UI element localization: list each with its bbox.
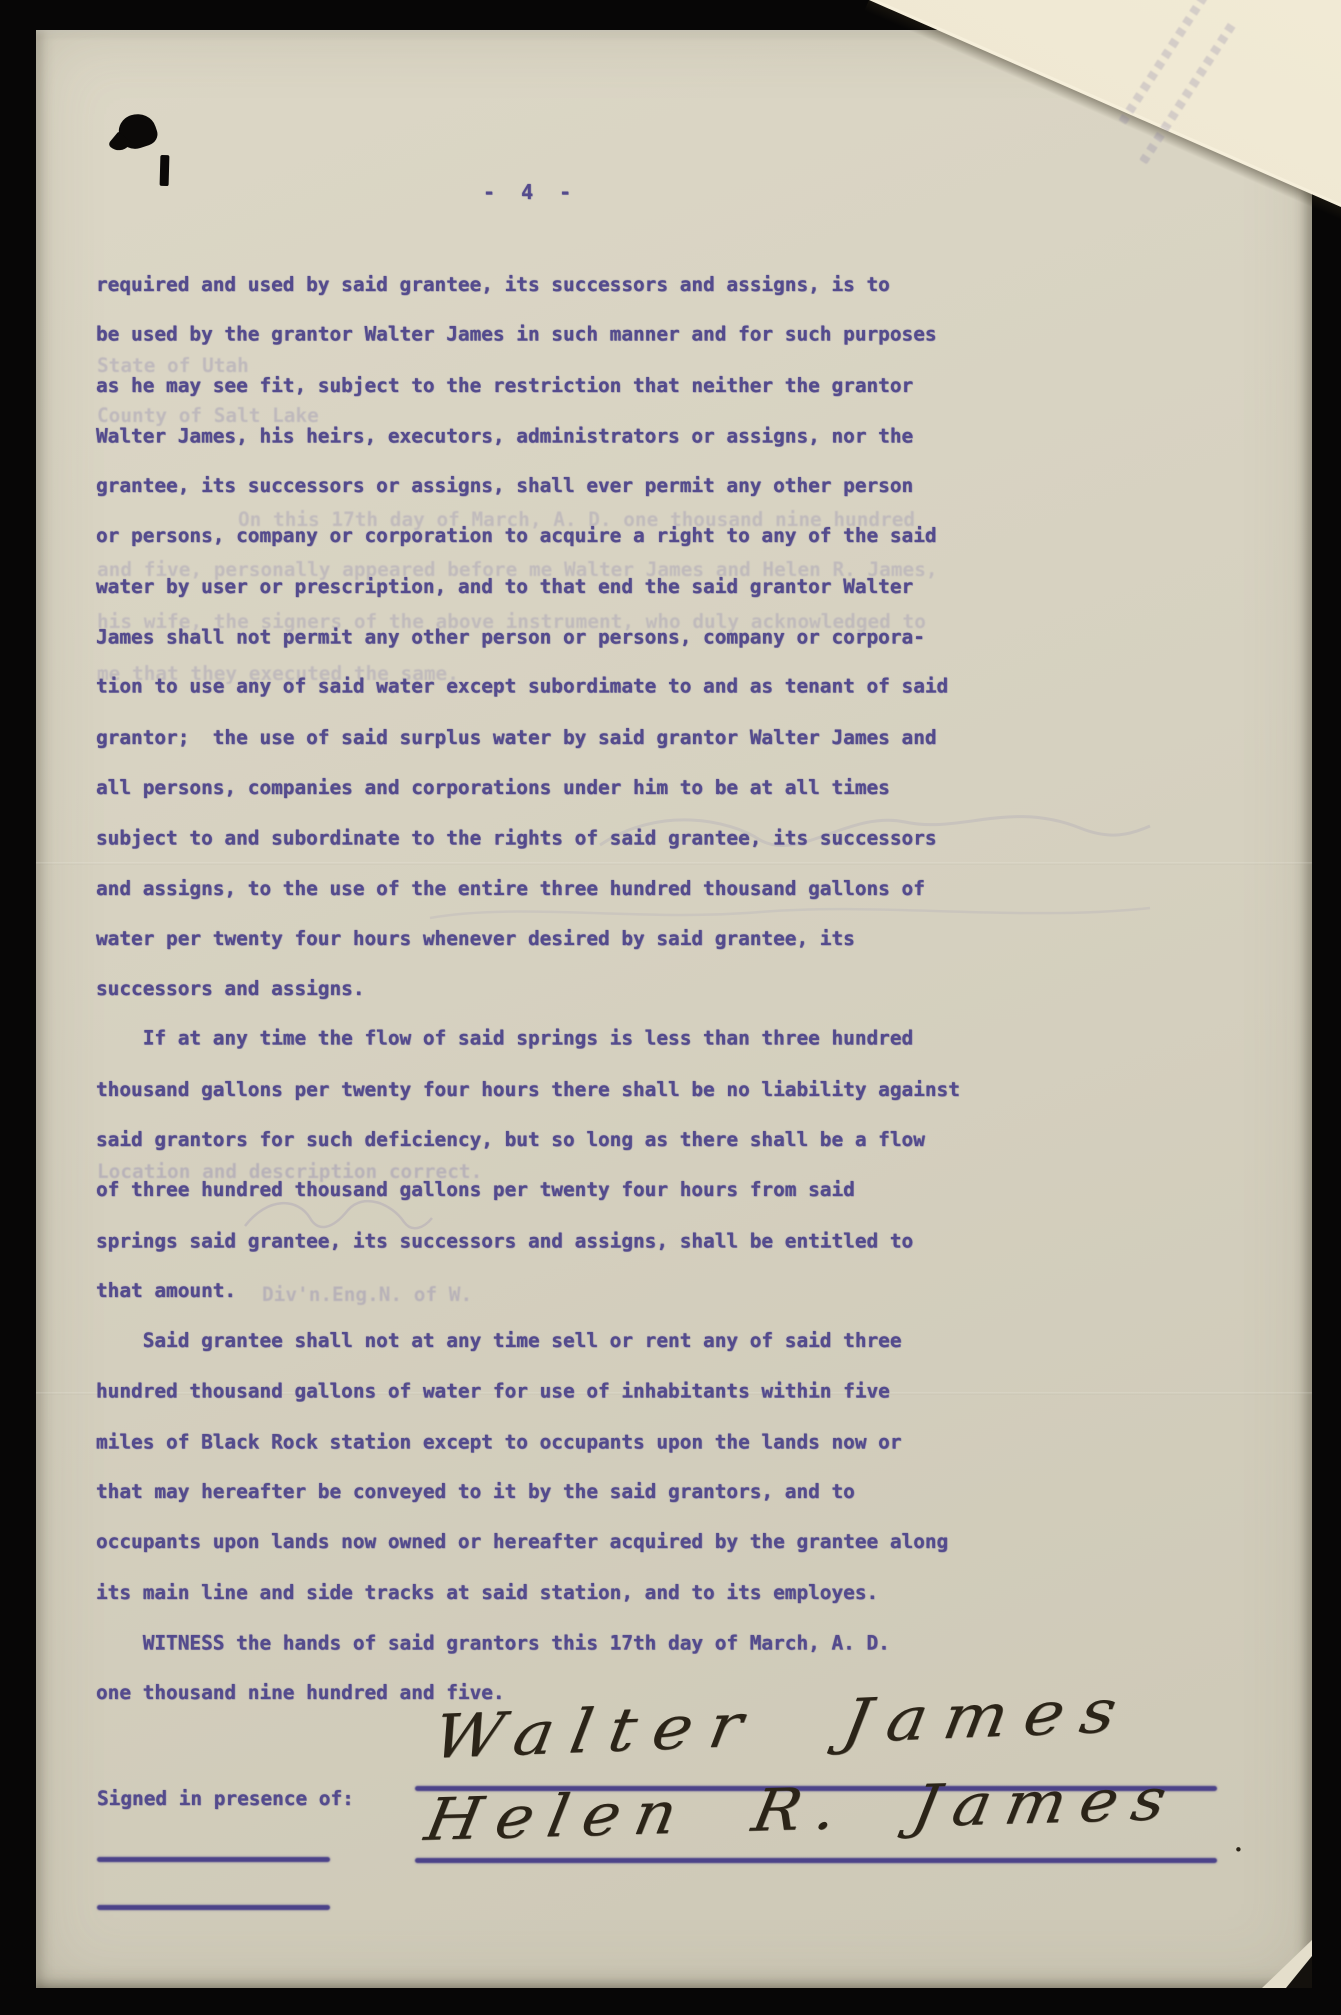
signature-underline <box>415 1858 1217 1863</box>
signature-period-mark: . <box>1233 1820 1244 1860</box>
witness-signature-line <box>97 1857 330 1862</box>
typed-line: If at any time the flow of said springs … <box>96 1014 960 1064</box>
scanned-document-photo: - 4 - State of Utah County of Salt Lake … <box>0 0 1341 2015</box>
typed-line: springs said grantee, its successors and… <box>96 1216 960 1266</box>
typed-line: Said grantee shall not at any time sell … <box>96 1316 960 1366</box>
typed-line: hundred thousand gallons of water for us… <box>96 1366 960 1416</box>
typed-line: required and used by said grantee, its s… <box>96 260 960 310</box>
page-number: - 4 - <box>483 180 578 204</box>
typed-line: subject to and subordinate to the rights… <box>96 814 960 864</box>
typed-line: that may hereafter be conveyed to it by … <box>96 1467 960 1517</box>
typed-line: that amount. <box>96 1266 960 1316</box>
document-body: required and used by said grantee, its s… <box>96 260 960 1719</box>
typed-line: all persons, companies and corporations … <box>96 763 960 813</box>
signed-in-presence-label: Signed in presence of: <box>97 1787 354 1810</box>
typed-line: Walter James, his heirs, executors, admi… <box>96 411 960 461</box>
typed-line: James shall not permit any other person … <box>96 613 960 663</box>
typed-line: be used by the grantor Walter James in s… <box>96 310 960 360</box>
typed-line: and assigns, to the use of the entire th… <box>96 864 960 914</box>
typed-line: thousand gallons per twenty four hours t… <box>96 1065 960 1115</box>
typed-line: water by user or prescription, and to th… <box>96 562 960 612</box>
typed-line: as he may see fit, subject to the restri… <box>96 361 960 411</box>
typed-line: miles of Black Rock station except to oc… <box>96 1417 960 1467</box>
typed-line: water per twenty four hours whenever des… <box>96 914 960 964</box>
typed-line: grantor; the use of said surplus water b… <box>96 713 960 763</box>
typed-line: said grantors for such deficiency, but s… <box>96 1115 960 1165</box>
witness-signature-line <box>97 1905 330 1910</box>
typed-line: tion to use any of said water except sub… <box>96 662 960 712</box>
typed-line: of three hundred thousand gallons per tw… <box>96 1165 960 1215</box>
typed-line: or persons, company or corporation to ac… <box>96 511 960 561</box>
ink-blot-mark <box>160 155 170 186</box>
typed-line: WITNESS the hands of said grantors this … <box>96 1619 960 1669</box>
typed-line: its main line and side tracks at said st… <box>96 1568 960 1618</box>
typed-line: grantee, its successors or assigns, shal… <box>96 461 960 511</box>
typed-line: occupants upon lands now owned or hereaf… <box>96 1517 960 1567</box>
typed-line: successors and assigns. <box>96 964 960 1014</box>
